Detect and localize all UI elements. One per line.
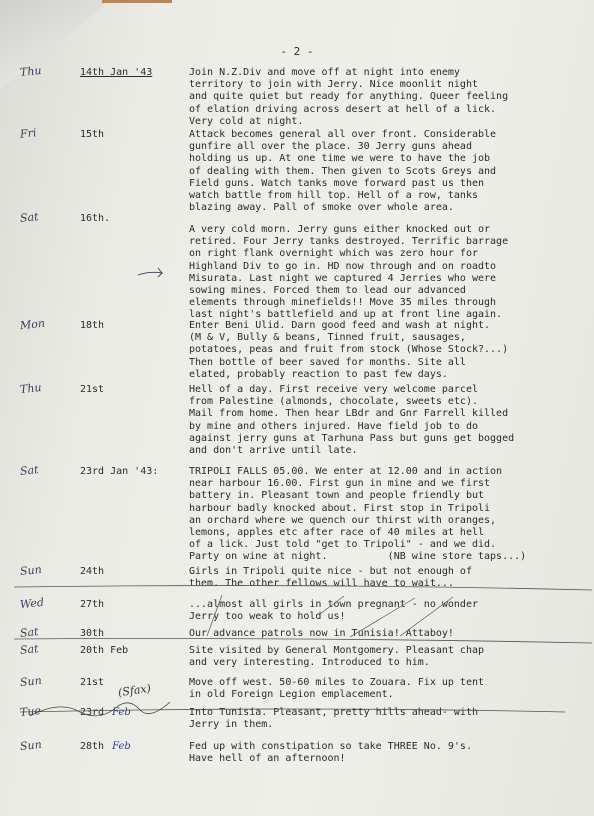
entry-line: and don't arrive until late. xyxy=(189,445,589,457)
entry-line: harbour badly knocked about. First stop … xyxy=(189,503,589,515)
entry-date-text: 24th xyxy=(80,566,104,577)
entry-text: Into Tunisia. Pleasant, pretty hills ahe… xyxy=(189,707,589,731)
handwritten-day: Mon xyxy=(19,317,45,333)
entry-date-text: 28th xyxy=(80,741,104,752)
entry-line: and very interesting. Introduced to him. xyxy=(189,657,589,669)
entry-date-text: 14th Jan '43 xyxy=(80,67,152,78)
folder-tab xyxy=(102,0,172,3)
handwritten-day: Fri xyxy=(19,126,37,141)
entry-date-text: 21st xyxy=(80,384,104,395)
entry-line: battery in. Pleasant town and people fri… xyxy=(189,490,589,502)
entry-line: elements through minefields!! Move 35 mi… xyxy=(189,297,589,309)
entry-text: Join N.Z.Div and move off at night into … xyxy=(189,67,589,128)
entry-line: Have hell of an afternoon! xyxy=(189,753,589,765)
entry-line: them. The other fellows will have to wai… xyxy=(189,578,589,590)
entry-line: Party on wine at night. (NB wine store t… xyxy=(189,551,589,563)
entry-date: 14th Jan '43 xyxy=(80,67,152,78)
entry-line: against jerry guns at Tarhuna Pass but g… xyxy=(189,433,589,445)
entry-text: A very cold morn. Jerry guns either knoc… xyxy=(189,224,589,322)
handwritten-day: Sun xyxy=(19,738,42,753)
entry-line: Then bottle of beer saved for months. Si… xyxy=(189,357,589,369)
handwritten-day: Sun xyxy=(19,674,42,689)
handwritten-day: Tue xyxy=(19,704,41,719)
handwritten-correction: (Sfax) xyxy=(117,682,151,699)
entry-text: Hell of a day. First receive very welcom… xyxy=(189,384,589,457)
entry-line: of dealing with them. Then given to Scot… xyxy=(189,166,589,178)
entry-date: 27th xyxy=(80,599,104,610)
handwritten-day: Wed xyxy=(19,596,44,611)
entry-line: lemons, apples etc after race of 40 mile… xyxy=(189,527,589,539)
entry-line: Mail from home. Then hear LBdr and Gnr F… xyxy=(189,408,589,420)
entry-date-text: 23rd xyxy=(80,707,104,718)
entry-line: Enter Beni Ulid. Darn good feed and wash… xyxy=(189,320,589,332)
entry-text: Move off west. 50-60 miles to Zouara. Fi… xyxy=(189,677,589,701)
entry-text: Attack becomes general all over front. C… xyxy=(189,129,589,214)
entry-date-text: 30th xyxy=(80,628,104,639)
entry-text: Fed up with constipation so take THREE N… xyxy=(189,741,589,765)
entry-line: Site visited by General Montgomery. Plea… xyxy=(189,645,589,657)
entry-line: elated, probably reaction to past few da… xyxy=(189,369,589,381)
entry-line: near harbour 16.00. First gun in mine an… xyxy=(189,478,589,490)
handwritten-month: Feb xyxy=(112,707,131,718)
entry-date-text: 21st xyxy=(80,677,104,688)
entry-line: Hell of a day. First receive very welcom… xyxy=(189,384,589,396)
entry-line: TRIPOLI FALLS 05.00. We enter at 12.00 a… xyxy=(189,466,589,478)
entry-date: 21st xyxy=(80,384,104,395)
entry-date-text: 20th Feb xyxy=(80,645,128,656)
entry-line: from Palestine (almonds, chocolate, swee… xyxy=(189,396,589,408)
entry-line: ...almost all girls in town pregnant - n… xyxy=(189,599,589,611)
entry-date: 21st xyxy=(80,677,104,688)
entry-line: watch battle from hill top. Hell of a ro… xyxy=(189,190,589,202)
entry-line: territory to join with Jerry. Nice moonl… xyxy=(189,79,589,91)
entry-line: of elation driving across desert at hell… xyxy=(189,104,589,116)
entry-line: A very cold morn. Jerry guns either knoc… xyxy=(189,224,589,236)
entry-line: Misurata. Last night we captured 4 Jerri… xyxy=(189,273,589,285)
entry-line: Move off west. 50-60 miles to Zouara. Fi… xyxy=(189,677,589,689)
entry-line: Attack becomes general all over front. C… xyxy=(189,129,589,141)
entry-date-text: 27th xyxy=(80,599,104,610)
entry-date-text: 15th xyxy=(80,129,104,140)
entry-line: Our advance patrols now in Tunisia! Atta… xyxy=(189,628,589,640)
entry-line: Jerry in them. xyxy=(189,719,589,731)
entry-date: 24th xyxy=(80,566,104,577)
entry-line: and quite quiet but ready for anything. … xyxy=(189,91,589,103)
entry-line: retired. Four Jerry tanks destroyed. Ter… xyxy=(189,236,589,248)
entry-line: Field guns. Watch tanks move forward pas… xyxy=(189,178,589,190)
entry-line: in old Foreign Legion emplacement. xyxy=(189,689,589,701)
entry-line: sowing mines. Forced them to lead our ad… xyxy=(189,285,589,297)
entry-line: Very cold at night. xyxy=(189,116,589,128)
entry-text: Girls in Tripoli quite nice - but not en… xyxy=(189,566,589,590)
entry-line: Fed up with constipation so take THREE N… xyxy=(189,741,589,753)
entry-line: Join N.Z.Div and move off at night into … xyxy=(189,67,589,79)
entry-date: 23rd Jan '43: xyxy=(80,466,158,477)
handwritten-day: Thu xyxy=(19,381,42,396)
entry-line: by mine and others injured. Have field j… xyxy=(189,421,589,433)
entry-text: Enter Beni Ulid. Darn good feed and wash… xyxy=(189,320,589,381)
handwritten-day: Sun xyxy=(19,563,42,578)
entry-line: of a lick. Just told "get to Tripoli" - … xyxy=(189,539,589,551)
entry-line: potatoes, peas and fruit from stock (Who… xyxy=(189,344,589,356)
entry-date: 18th xyxy=(80,320,104,331)
entry-date: 16th. xyxy=(80,213,110,224)
entry-text: Our advance patrols now in Tunisia! Atta… xyxy=(189,628,589,640)
page-number: - 2 - xyxy=(0,45,594,58)
entry-date: 15th xyxy=(80,129,104,140)
handwritten-month: Feb xyxy=(112,741,131,752)
handwritten-day: Sat xyxy=(19,210,39,225)
entry-date-text: 23rd Jan '43: xyxy=(80,466,158,477)
entry-text: Site visited by General Montgomery. Plea… xyxy=(189,645,589,669)
entry-line: Highland Div to go in. HD now through an… xyxy=(189,261,589,273)
entry-date: 20th Feb xyxy=(80,645,128,656)
entry-date: 28thFeb xyxy=(80,741,131,752)
entry-line: (M & V, Bully & beans, Tinned fruit, sau… xyxy=(189,332,589,344)
entry-line: blazing away. Pall of smoke over whole a… xyxy=(189,202,589,214)
entry-line: Girls in Tripoli quite nice - but not en… xyxy=(189,566,589,578)
handwritten-day: Sat xyxy=(19,625,39,640)
document-page: - 2 - Thu14th Jan '43Join N.Z.Div and mo… xyxy=(0,0,594,816)
entry-line: gunfire all over the place. 30 Jerry gun… xyxy=(189,141,589,153)
entry-date-text: 18th xyxy=(80,320,104,331)
entry-text: TRIPOLI FALLS 05.00. We enter at 12.00 a… xyxy=(189,466,589,564)
entry-line: Jerry too weak to hold us! xyxy=(189,611,589,623)
entry-line: an orchard where we quench our thirst wi… xyxy=(189,515,589,527)
handwritten-day: Sat xyxy=(19,463,39,478)
entry-line: on right flank overnight which was zero … xyxy=(189,248,589,260)
entry-line: holding us up. At one time we were to ha… xyxy=(189,153,589,165)
entry-text: ...almost all girls in town pregnant - n… xyxy=(189,599,589,623)
entry-date: 30th xyxy=(80,628,104,639)
entry-date: 23rdFeb xyxy=(80,707,131,718)
handwritten-day: Thu xyxy=(19,64,42,79)
handwritten-day: Sat xyxy=(19,642,39,657)
entry-line: Into Tunisia. Pleasant, pretty hills ahe… xyxy=(189,707,589,719)
entry-date-text: 16th. xyxy=(80,213,110,224)
